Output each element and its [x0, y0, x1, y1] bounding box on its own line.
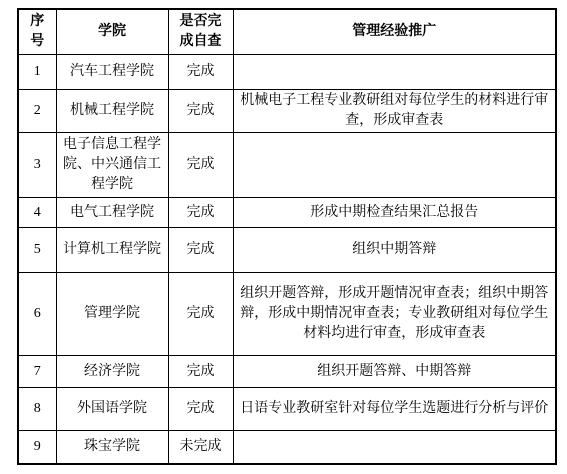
- cell-promo: [233, 133, 556, 198]
- cell-no: 6: [18, 273, 56, 356]
- table-row: 7经济学院完成组织开题答辩、中期答辩: [18, 356, 556, 388]
- cell-status: 完成: [168, 273, 233, 356]
- cell-college: 电气工程学院: [56, 198, 168, 228]
- cell-no: 2: [18, 90, 56, 133]
- cell-no: 7: [18, 356, 56, 388]
- cell-no: 8: [18, 388, 56, 431]
- table-head-row: 序号学院是否完成自查管理经验推广: [18, 9, 556, 55]
- cell-college: 管理学院: [56, 273, 168, 356]
- cell-no: 9: [18, 431, 56, 464]
- cell-promo: 组织开题答辩，形成开题情况审查表；组织中期答辩，形成中期情况审查表；专业教研组对…: [233, 273, 556, 356]
- cell-college: 机械工程学院: [56, 90, 168, 133]
- cell-status: 完成: [168, 228, 233, 273]
- cell-status: 完成: [168, 55, 233, 90]
- table-header: 序号学院是否完成自查管理经验推广: [18, 9, 556, 55]
- table-row: 5计算机工程学院完成组织中期答辩: [18, 228, 556, 273]
- column-header-no: 序号: [18, 9, 56, 55]
- column-header-promo: 管理经验推广: [233, 9, 556, 55]
- table-row: 9珠宝学院未完成: [18, 431, 556, 464]
- table-row: 2机械工程学院完成机械电子工程专业教研组对每位学生的材料进行审查，形成审查表: [18, 90, 556, 133]
- cell-status: 完成: [168, 356, 233, 388]
- cell-status: 完成: [168, 388, 233, 431]
- table-row: 1汽车工程学院完成: [18, 55, 556, 90]
- table-row: 6管理学院完成组织开题答辩，形成开题情况审查表；组织中期答辩，形成中期情况审查表…: [18, 273, 556, 356]
- cell-no: 4: [18, 198, 56, 228]
- cell-college: 计算机工程学院: [56, 228, 168, 273]
- cell-no: 1: [18, 55, 56, 90]
- table-row: 4电气工程学院完成形成中期检查结果汇总报告: [18, 198, 556, 228]
- cell-college: 外国语学院: [56, 388, 168, 431]
- cell-promo: 组织中期答辩: [233, 228, 556, 273]
- cell-promo: 机械电子工程专业教研组对每位学生的材料进行审查，形成审查表: [233, 90, 556, 133]
- cell-promo: 组织开题答辩、中期答辩: [233, 356, 556, 388]
- cell-no: 5: [18, 228, 56, 273]
- cell-promo: [233, 55, 556, 90]
- cell-status: 完成: [168, 90, 233, 133]
- cell-college: 珠宝学院: [56, 431, 168, 464]
- table-body: 1汽车工程学院完成2机械工程学院完成机械电子工程专业教研组对每位学生的材料进行审…: [18, 55, 556, 464]
- cell-status: 未完成: [168, 431, 233, 464]
- cell-promo: 日语专业教研室针对每位学生选题进行分析与评价: [233, 388, 556, 431]
- cell-status: 完成: [168, 198, 233, 228]
- table-row: 8外国语学院完成日语专业教研室针对每位学生选题进行分析与评价: [18, 388, 556, 431]
- cell-status: 完成: [168, 133, 233, 198]
- cell-no: 3: [18, 133, 56, 198]
- cell-college: 经济学院: [56, 356, 168, 388]
- inspection-status-table: 序号学院是否完成自查管理经验推广 1汽车工程学院完成2机械工程学院完成机械电子工…: [17, 8, 557, 465]
- cell-promo: [233, 431, 556, 464]
- cell-college: 汽车工程学院: [56, 55, 168, 90]
- column-header-college: 学院: [56, 9, 168, 55]
- cell-promo: 形成中期检查结果汇总报告: [233, 198, 556, 228]
- column-header-status: 是否完成自查: [168, 9, 233, 55]
- table-row: 3电子信息工程学院、中兴通信工程学院完成: [18, 133, 556, 198]
- cell-college: 电子信息工程学院、中兴通信工程学院: [56, 133, 168, 198]
